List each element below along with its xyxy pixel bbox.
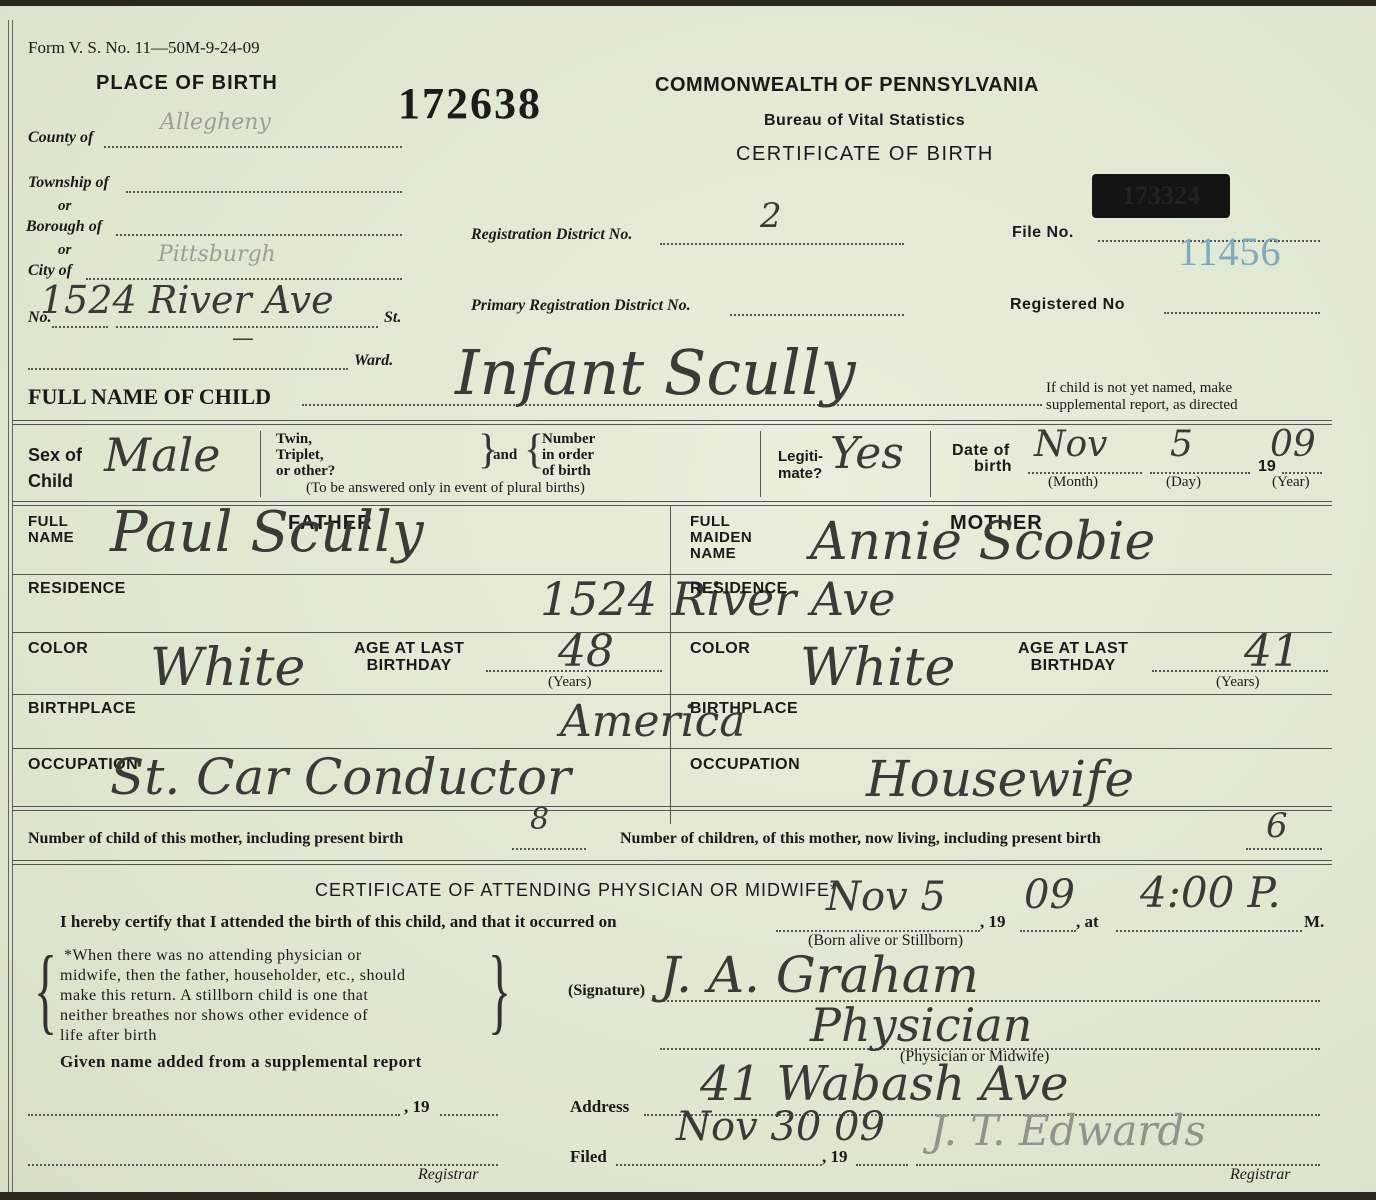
registration-district-field[interactable] <box>660 243 904 245</box>
county-value: Allegheny <box>160 110 271 135</box>
mother-name-label-1: FULL <box>690 513 730 530</box>
and-label: and <box>493 447 517 464</box>
mother-age-value: 41 <box>1244 626 1300 677</box>
plural-births-note: (To be answered only in event of plural … <box>306 480 585 497</box>
father-name-label-1: FULL <box>28 513 68 530</box>
living-children-value: 6 <box>1266 806 1288 846</box>
m-label: M. <box>1304 912 1324 932</box>
stillborn-footnote: *When there was no attending physician o… <box>60 946 405 1046</box>
place-of-birth-title: PLACE OF BIRTH <box>96 72 278 95</box>
registrar-label-right: Registrar <box>1230 1166 1290 1184</box>
father-color-label: COLOR <box>28 640 88 658</box>
divider <box>12 632 1332 633</box>
file-number-value: 11456 <box>1178 228 1282 275</box>
legit-label-2: mate? <box>778 465 822 482</box>
twin-label-2: Triplet, <box>276 447 324 463</box>
divider <box>930 431 931 497</box>
legit-label-1: Legiti- <box>778 448 823 465</box>
mother-age-field[interactable] <box>1152 670 1328 672</box>
birth-month-value: Nov <box>1034 424 1108 465</box>
father-age-label-2: BIRTHDAY <box>367 657 452 674</box>
mother-name-value: Annie Scobie <box>810 512 1155 572</box>
or-label-2: or <box>58 242 71 259</box>
date-of-birth-label-2: birth <box>974 458 1012 476</box>
registered-number-field[interactable] <box>1164 312 1320 314</box>
day-caption: (Day) <box>1166 474 1201 491</box>
redacted-number: 173324 <box>1092 174 1230 218</box>
year-caption: (Year) <box>1272 474 1310 491</box>
file-number-label: File No. <box>1012 224 1074 242</box>
commonwealth-title: COMMONWEALTH OF PENNSYLVANIA <box>655 74 1039 97</box>
mother-age-label: AGE AT LASTBIRTHDAY <box>1018 640 1128 674</box>
father-age-label-1: AGE AT LAST <box>354 640 464 657</box>
occurred-date-value: Nov 5 <box>826 874 946 920</box>
street-value: 1524 River Ave <box>40 278 334 322</box>
bureau-title: Bureau of Vital Statistics <box>764 112 965 130</box>
sex-label-line2: Child <box>28 471 73 491</box>
father-color-value: White <box>150 638 305 698</box>
township-label: Township of <box>28 174 109 192</box>
filed-date-field[interactable] <box>616 1164 822 1166</box>
father-full-name-label: FULLNAME <box>28 514 74 546</box>
occurred-year-field[interactable] <box>1020 930 1076 932</box>
physician-certificate-title: CERTIFICATE OF ATTENDING PHYSICIAN OR MI… <box>315 880 838 901</box>
address-label: Address <box>570 1097 629 1117</box>
father-age-label: AGE AT LASTBIRTHDAY <box>354 640 464 674</box>
occurred-century: , 19 <box>980 912 1006 932</box>
mother-age-label-1: AGE AT LAST <box>1018 640 1128 657</box>
divider <box>12 420 1332 425</box>
twin-label-1: Twin, <box>276 431 312 447</box>
filed-century: , 19 <box>822 1147 848 1167</box>
legitimate-label: Legiti-mate? <box>778 448 823 482</box>
left-border <box>8 20 13 1192</box>
supplemental-year-field[interactable] <box>440 1114 498 1116</box>
birth-day-value: 5 <box>1170 424 1193 465</box>
registration-district-value: 2 <box>760 196 782 236</box>
footnote-line: neither breathes nor shows other evidenc… <box>60 1006 405 1026</box>
brace-right-icon: } <box>488 940 511 1040</box>
time-value: 4:00 P. <box>1140 868 1281 917</box>
father-residence-label: RESIDENCE <box>28 580 126 598</box>
form-number: Form V. S. No. 11—50M-9-24-09 <box>28 38 260 58</box>
physician-title-value: Physician <box>810 998 1032 1052</box>
sex-value: Male <box>104 428 220 482</box>
divider <box>760 431 761 497</box>
number-of-child-value: 8 <box>530 802 549 837</box>
ward-value: — <box>232 326 254 351</box>
number-label-1: Number <box>542 431 595 447</box>
mother-name-label-3: NAME <box>690 545 736 562</box>
month-caption: (Month) <box>1048 474 1098 491</box>
divider <box>260 431 261 497</box>
legitimate-value: Yes <box>830 428 904 479</box>
or-label-1: or <box>58 198 71 215</box>
number-label-2: in order <box>542 447 594 463</box>
registrar-signature-value: J. T. Edwards <box>930 1106 1206 1155</box>
filed-date-value: Nov 30 09 <box>676 1104 885 1150</box>
registrar-label-left: Registrar <box>418 1166 478 1184</box>
birth-year-value: 09 <box>1270 424 1316 465</box>
father-years-caption: (Years) <box>548 674 591 691</box>
father-name-value: Paul Scully <box>110 500 424 565</box>
signature-label: (Signature) <box>568 982 645 1000</box>
footnote-line: life after birth <box>60 1026 405 1046</box>
number-of-child-field[interactable] <box>512 848 586 850</box>
mother-full-name-label: FULLMAIDENNAME <box>690 514 752 562</box>
at-label: , at <box>1076 912 1099 932</box>
registration-district-label: Registration District No. <box>471 226 632 244</box>
mother-residence-label: RESIDENCE <box>690 580 788 598</box>
mother-name-label-2: MAIDEN <box>690 529 752 546</box>
column-divider <box>670 506 671 824</box>
footnote-line: make this return. A stillborn child is o… <box>60 986 405 1006</box>
mother-occupation-value: Housewife <box>866 750 1134 808</box>
twin-label-3: or other? <box>276 463 335 479</box>
twin-label: Twin,Triplet,or other? <box>276 431 335 479</box>
child-name-value: Infant Scully <box>455 336 856 409</box>
time-field[interactable] <box>1116 930 1302 932</box>
sex-label-line1: Sex of <box>28 445 82 465</box>
township-field[interactable] <box>126 191 402 193</box>
number-of-child-label: Number of child of this mother, includin… <box>28 830 403 848</box>
mother-occupation-label: OCCUPATION <box>690 756 800 774</box>
mother-years-caption: (Years) <box>1216 674 1259 691</box>
brace-left-icon: { <box>34 940 57 1040</box>
father-birthplace-label: BIRTHPLACE <box>28 700 136 718</box>
living-children-label: Number of children, of this mother, now … <box>620 830 1101 848</box>
given-name-supplemental-label: Given name added from a supplemental rep… <box>60 1052 422 1072</box>
signature-value: J. A. Graham <box>660 946 979 1004</box>
birth-certificate-document: Form V. S. No. 11—50M-9-24-09 PLACE OF B… <box>0 6 1376 1192</box>
primary-district-field[interactable] <box>730 314 904 316</box>
certificate-title: CERTIFICATE OF BIRTH <box>736 143 994 166</box>
father-age-value: 48 <box>558 626 614 677</box>
ward-label: Ward. <box>354 352 393 370</box>
father-occupation-value: St. Car Conductor <box>110 748 571 806</box>
living-children-field[interactable] <box>1246 848 1322 850</box>
house-number-field[interactable] <box>52 326 108 328</box>
certify-text: I hereby certify that I attended the bir… <box>60 912 617 932</box>
filed-year-field[interactable] <box>856 1164 908 1166</box>
number-in-order-label: Numberin orderof birth <box>542 431 595 479</box>
supplemental-name-field[interactable] <box>28 1114 400 1116</box>
certificate-number-stamp: 172638 <box>398 78 542 129</box>
ward-field[interactable] <box>28 368 348 370</box>
footnote-line: midwife, then the father, householder, e… <box>60 966 405 986</box>
full-name-of-child-label: FULL NAME OF CHILD <box>28 384 271 410</box>
father-name-label-2: NAME <box>28 529 74 546</box>
mother-color-label: COLOR <box>690 640 750 658</box>
mother-age-label-2: BIRTHDAY <box>1031 657 1116 674</box>
county-field[interactable] <box>104 146 402 148</box>
divider <box>12 860 1332 865</box>
supplemental-century: , 19 <box>404 1097 430 1117</box>
county-label: County of <box>28 129 93 147</box>
borough-field[interactable] <box>116 234 402 236</box>
city-value: Pittsburgh <box>158 242 276 267</box>
occurred-year-value: 09 <box>1024 872 1075 918</box>
sex-label: Sex ofChild <box>28 442 82 494</box>
mother-color-value: White <box>800 638 955 698</box>
not-named-note-line1: If child is not yet named, make <box>1046 380 1232 397</box>
filed-label: Filed <box>570 1147 607 1167</box>
not-named-note-line2: supplemental report, as directed <box>1046 397 1238 414</box>
st-label: St. <box>384 309 401 327</box>
primary-district-label: Primary Registration District No. <box>471 297 691 315</box>
footnote-line: *When there was no attending physician o… <box>60 946 405 966</box>
borough-label: Borough of <box>26 218 102 236</box>
number-label-3: of birth <box>542 463 591 479</box>
mother-birthplace-label: BIRTHPLACE <box>690 700 798 718</box>
registered-number-label: Registered No <box>1010 296 1125 314</box>
